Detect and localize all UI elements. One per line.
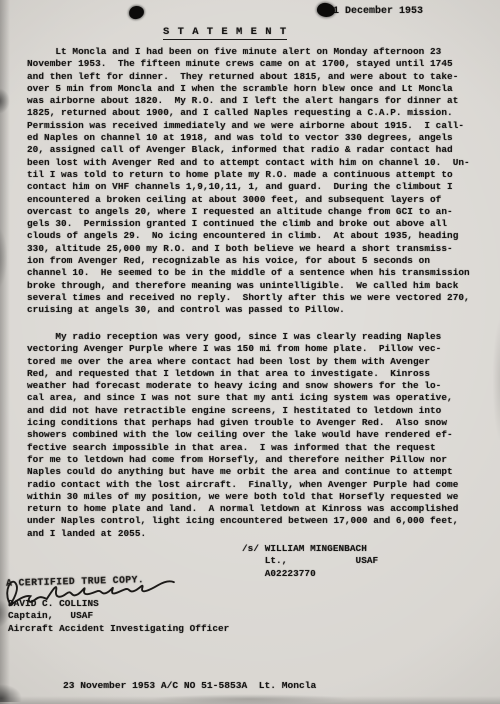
pilot-signature-block: /s/ WILLIAM MINGENBACH Lt., USAF A022237… <box>242 543 378 580</box>
ink-blob-icon <box>128 5 145 20</box>
scan-smudge <box>493 320 500 440</box>
statement-paragraph-1: Lt Moncla and I had been on five minute … <box>27 46 470 317</box>
certifying-officer-block: DAVID C. COLLINS Captain, USAF Aircraft … <box>8 598 229 635</box>
footer-reference-line: 23 November 1953 A/C NO 51-5853A Lt. Mon… <box>63 680 316 691</box>
scan-edge-shadow-bottom <box>0 696 500 704</box>
document-page: 1 December 1953 S T A T E M E N T Lt Mon… <box>0 0 500 704</box>
date-line: 1 December 1953 <box>333 6 423 17</box>
page-title: S T A T E M E N T <box>163 26 287 40</box>
statement-paragraph-2: My radio reception was very good, since … <box>27 331 458 540</box>
